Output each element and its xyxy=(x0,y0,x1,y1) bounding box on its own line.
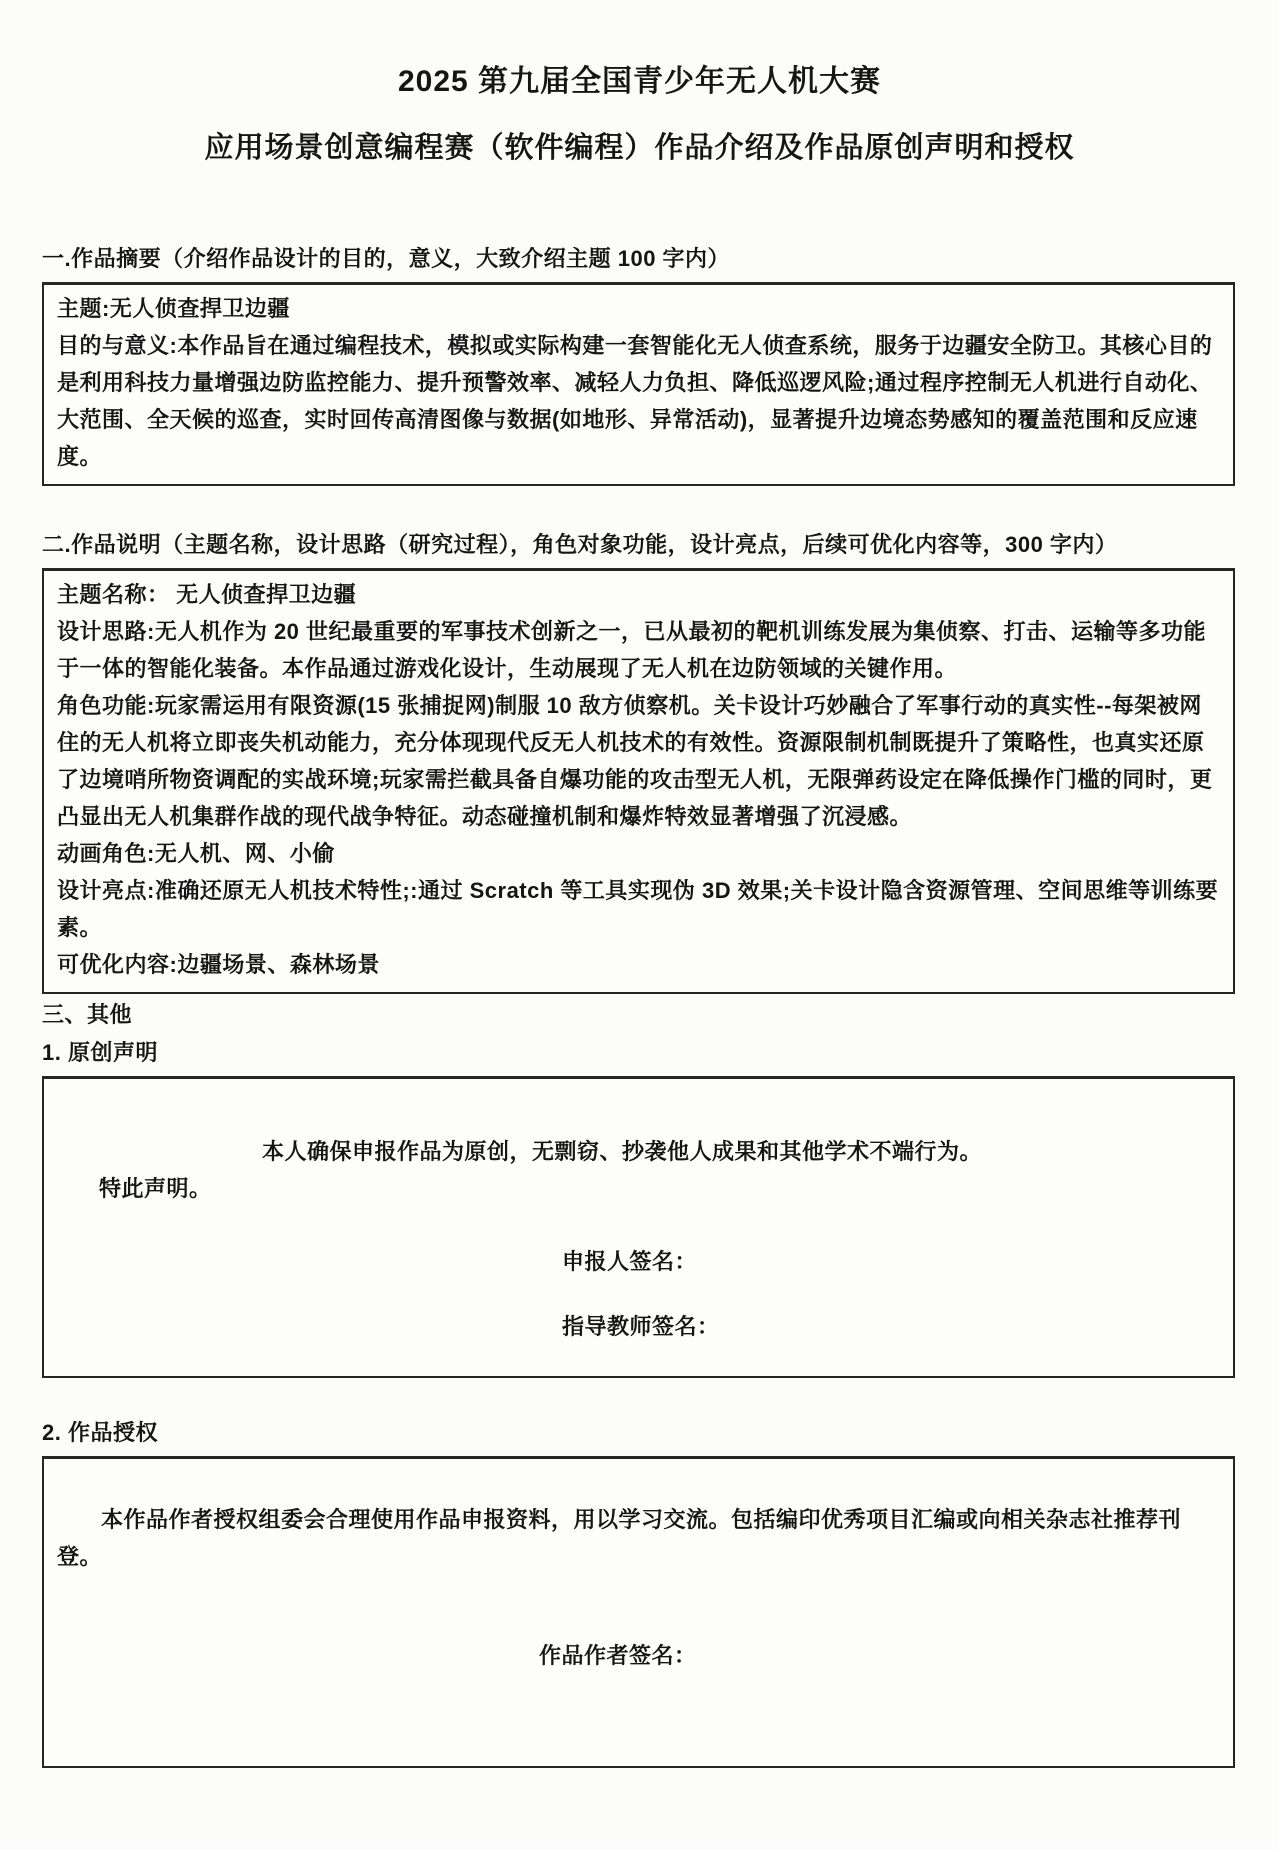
document-subtitle: 应用场景创意编程赛（软件编程）作品介绍及作品原创声明和授权 xyxy=(0,130,1279,166)
description-optimizable: 可优化内容:边疆场景、森林场景 xyxy=(57,946,1220,983)
scanned-document-page: 2025 第九届全国青少年无人机大赛 应用场景创意编程赛（软件编程）作品介绍及作… xyxy=(0,0,1279,1850)
abstract-purpose: 目的与意义:本作品旨在通过编程技术，模拟或实际构建一套智能化无人侦查系统，服务于… xyxy=(57,327,1220,475)
declaration-statement: 本人确保申报作品为原创，无剽窃、抄袭他人成果和其他学术不端行为。 xyxy=(57,1133,1220,1170)
authorization-heading: 2. 作品授权 xyxy=(42,1418,1235,1448)
abstract-topic: 主题:无人侦查捍卫边疆 xyxy=(57,290,1220,327)
description-animation-roles: 动画角色:无人机、网、小偷 xyxy=(57,835,1220,872)
teacher-signature-label: 指导教师签名： xyxy=(57,1308,1220,1345)
declaration-box: 本人确保申报作品为原创，无剽窃、抄袭他人成果和其他学术不端行为。 特此声明。 申… xyxy=(42,1076,1235,1378)
document-body: 一.作品摘要（介绍作品设计的目的，意义，大致介绍主题 100 字内） 主题:无人… xyxy=(0,244,1279,1768)
applicant-signature-label: 申报人签名： xyxy=(57,1243,1220,1280)
description-highlights: 设计亮点:准确还原无人机技术特性;:通过 Scratch 等工具实现伪 3D 效… xyxy=(57,872,1220,946)
section3-heading: 三、其他 xyxy=(42,1000,1235,1030)
description-design-idea: 设计思路:无人机作为 20 世纪最重要的军事技术创新之一，已从最初的靶机训练发展… xyxy=(57,613,1220,687)
section1-heading: 一.作品摘要（介绍作品设计的目的，意义，大致介绍主题 100 字内） xyxy=(42,244,1235,274)
description-role-function: 角色功能:玩家需运用有限资源(15 张捕捉网)制服 10 敌方侦察机。关卡设计巧… xyxy=(57,687,1220,835)
author-signature-label: 作品作者签名： xyxy=(57,1637,1220,1674)
declaration-heading: 1. 原创声明 xyxy=(42,1038,1235,1068)
authorization-statement: 本作品作者授权组委会合理使用作品申报资料，用以学习交流。包括编印优秀项目汇编或向… xyxy=(57,1501,1220,1575)
description-box: 主题名称： 无人侦查捍卫边疆 设计思路:无人机作为 20 世纪最重要的军事技术创… xyxy=(42,568,1235,994)
declaration-hereby: 特此声明。 xyxy=(57,1170,1220,1207)
abstract-box: 主题:无人侦查捍卫边疆 目的与意义:本作品旨在通过编程技术，模拟或实际构建一套智… xyxy=(42,282,1235,486)
document-title: 2025 第九届全国青少年无人机大赛 xyxy=(0,0,1279,100)
authorization-box: 本作品作者授权组委会合理使用作品申报资料，用以学习交流。包括编印优秀项目汇编或向… xyxy=(42,1456,1235,1768)
section2-heading: 二.作品说明（主题名称，设计思路（研究过程），角色对象功能，设计亮点，后续可优化… xyxy=(42,530,1235,560)
description-topic-name: 主题名称： 无人侦查捍卫边疆 xyxy=(57,576,1220,613)
